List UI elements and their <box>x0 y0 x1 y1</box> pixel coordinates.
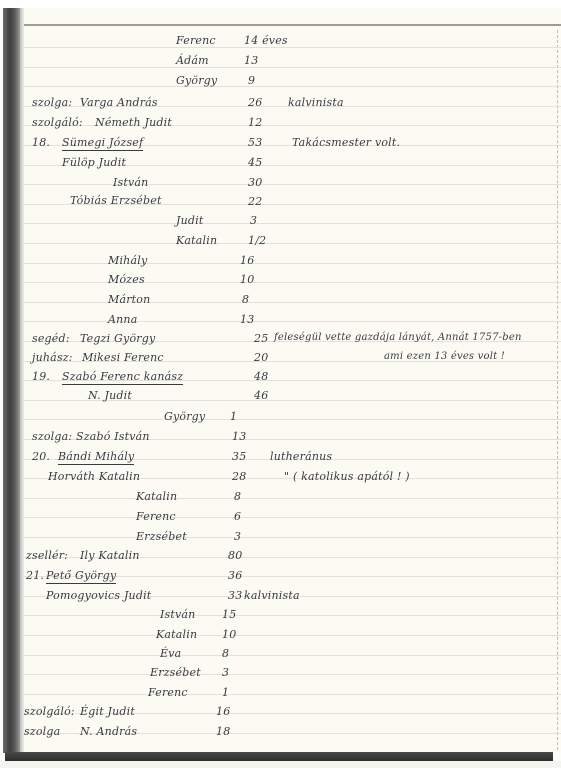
ruled-line <box>24 635 561 636</box>
ruled-line <box>24 498 561 499</box>
page-binding <box>3 8 20 753</box>
ruled-line <box>24 184 561 185</box>
entry-name: Judit <box>176 214 203 227</box>
entry-age: 12 <box>248 116 262 129</box>
entry-age: 26 <box>248 96 262 109</box>
entry-age: 8 <box>242 293 249 306</box>
entry-name: Erzsébet <box>150 666 201 679</box>
entry-name: Ádám <box>176 54 209 67</box>
entry-name: Ferenc <box>148 686 188 699</box>
entry-label: juhász: <box>32 351 73 364</box>
entry-name: Mihály <box>108 254 147 267</box>
entry-label: segéd: <box>32 332 70 345</box>
entry-label: szolga: <box>32 96 72 109</box>
entry-age: 16 <box>216 705 230 718</box>
entry-age: 8 <box>222 647 229 660</box>
ruled-line <box>24 615 561 616</box>
ruled-line <box>24 694 561 695</box>
entry-label: zsellér: <box>26 549 68 562</box>
ruled-line <box>24 243 561 244</box>
household-number: 21. <box>26 569 44 582</box>
entry-name: György <box>164 410 205 423</box>
ruled-line <box>24 223 561 224</box>
entry-label: szolgáló: <box>32 116 83 129</box>
entry-name: György <box>176 74 217 87</box>
entry-name: István <box>160 608 195 621</box>
entry-age: 15 <box>222 608 236 621</box>
top-rule <box>24 24 561 26</box>
entry-age: 10 <box>222 628 236 641</box>
household-head-name: Sümegi József <box>62 136 143 151</box>
entry-age: 16 <box>240 254 254 267</box>
entry-age: 14 éves <box>244 34 288 47</box>
household-number: 20. <box>32 450 50 463</box>
entry-name: Márton <box>108 293 150 306</box>
entry-note: ami ezen 13 éves volt ! <box>384 351 505 362</box>
ruled-line <box>24 537 561 538</box>
ruled-line <box>24 263 561 264</box>
scan-margin-bottom <box>0 761 561 768</box>
entry-age: 80 <box>228 549 242 562</box>
entry-age: 1/2 <box>248 234 266 247</box>
entry-age: 30 <box>248 176 262 189</box>
entry-name: Németh Judit <box>95 116 172 129</box>
right-page-edge <box>556 30 558 750</box>
entry-age: 13 <box>240 313 254 326</box>
entry-age: 6 <box>234 510 241 523</box>
household-head-name: Pető György <box>46 569 116 584</box>
entry-age: 48 <box>254 370 268 383</box>
entry-age: 45 <box>248 156 262 169</box>
entry-name: Horváth Katalin <box>48 470 140 483</box>
household-head-name: Szabó Ferenc kanász <box>62 370 183 385</box>
entry-name: Ferenc <box>136 510 176 523</box>
entry-note: lutheránus <box>270 450 332 463</box>
entry-note: kalvinista <box>288 96 344 109</box>
entry-age: 18 <box>216 725 230 738</box>
entry-age: 1 <box>222 686 229 699</box>
entry-age: 25 <box>254 332 268 345</box>
entry-age: 35 <box>232 450 246 463</box>
household-head-name: Bándi Mihály <box>58 450 134 465</box>
entry-name: Ily Katalin <box>80 549 140 562</box>
entry-name: N. Judit <box>88 389 132 402</box>
household-number: 19. <box>32 370 50 383</box>
ruled-line <box>24 321 561 322</box>
entry-note: " ( katolikus apától ! ) <box>284 470 410 483</box>
entry-name: Szabó István <box>76 430 150 443</box>
entry-age: 28 <box>232 470 246 483</box>
household-number: 18. <box>32 136 50 149</box>
entry-name: Katalin <box>136 490 177 503</box>
entry-name: Égit Judit <box>80 705 135 718</box>
entry-age: 20 <box>254 351 268 364</box>
entry-note: kalvinista <box>244 589 300 602</box>
entry-label: szolga: <box>32 430 72 443</box>
ruled-line <box>24 517 561 518</box>
entry-label: szolgáló: <box>24 705 75 718</box>
entry-name: Pomogyovics Judit <box>46 589 151 602</box>
ruled-line <box>24 419 561 420</box>
ruled-line <box>24 86 561 87</box>
entry-name: Ferenc <box>176 34 216 47</box>
entry-note: Takácsmester volt. <box>292 136 400 149</box>
ruled-line <box>24 302 561 303</box>
ruled-line <box>24 674 561 675</box>
entry-age: 1 <box>230 410 237 423</box>
entry-name: Éva <box>160 647 181 660</box>
entry-note: feleségül vette gazdája lányát, Annát 17… <box>274 332 522 343</box>
entry-label: szolga <box>24 725 60 738</box>
entry-age: 22 <box>248 195 262 208</box>
entry-age: 13 <box>232 430 246 443</box>
ruled-line <box>24 67 561 68</box>
entry-name: N. András <box>80 725 137 738</box>
entry-name: Katalin <box>176 234 217 247</box>
entry-age: 8 <box>234 490 241 503</box>
entry-age: 46 <box>254 389 268 402</box>
entry-name: Anna <box>108 313 137 326</box>
entry-age: 13 <box>244 54 258 67</box>
ruled-line <box>24 282 561 283</box>
entry-name: Tóbiás Erzsébet <box>70 194 162 207</box>
entry-name: Tegzi György <box>80 332 155 345</box>
scan-margin-top <box>0 0 561 8</box>
entry-name: Katalin <box>156 628 197 641</box>
entry-age: 10 <box>240 273 254 286</box>
entry-age: 3 <box>250 214 257 227</box>
entry-name: Erzsébet <box>136 530 187 543</box>
entry-name: Mózes <box>108 273 145 286</box>
bottom-binding-shadow <box>5 752 553 761</box>
entry-age: 53 <box>248 136 262 149</box>
entry-name: Fülöp Judit <box>62 156 126 169</box>
entry-age: 3 <box>234 530 241 543</box>
entry-age: 9 <box>248 74 255 87</box>
entry-age: 36 <box>228 569 242 582</box>
entry-age: 33 <box>228 589 242 602</box>
ruled-line <box>24 655 561 656</box>
entry-name: Varga András <box>80 96 158 109</box>
entry-age: 3 <box>222 666 229 679</box>
ruled-line <box>24 47 561 48</box>
entry-name: István <box>113 176 148 189</box>
entry-name: Mikesi Ferenc <box>82 351 164 364</box>
